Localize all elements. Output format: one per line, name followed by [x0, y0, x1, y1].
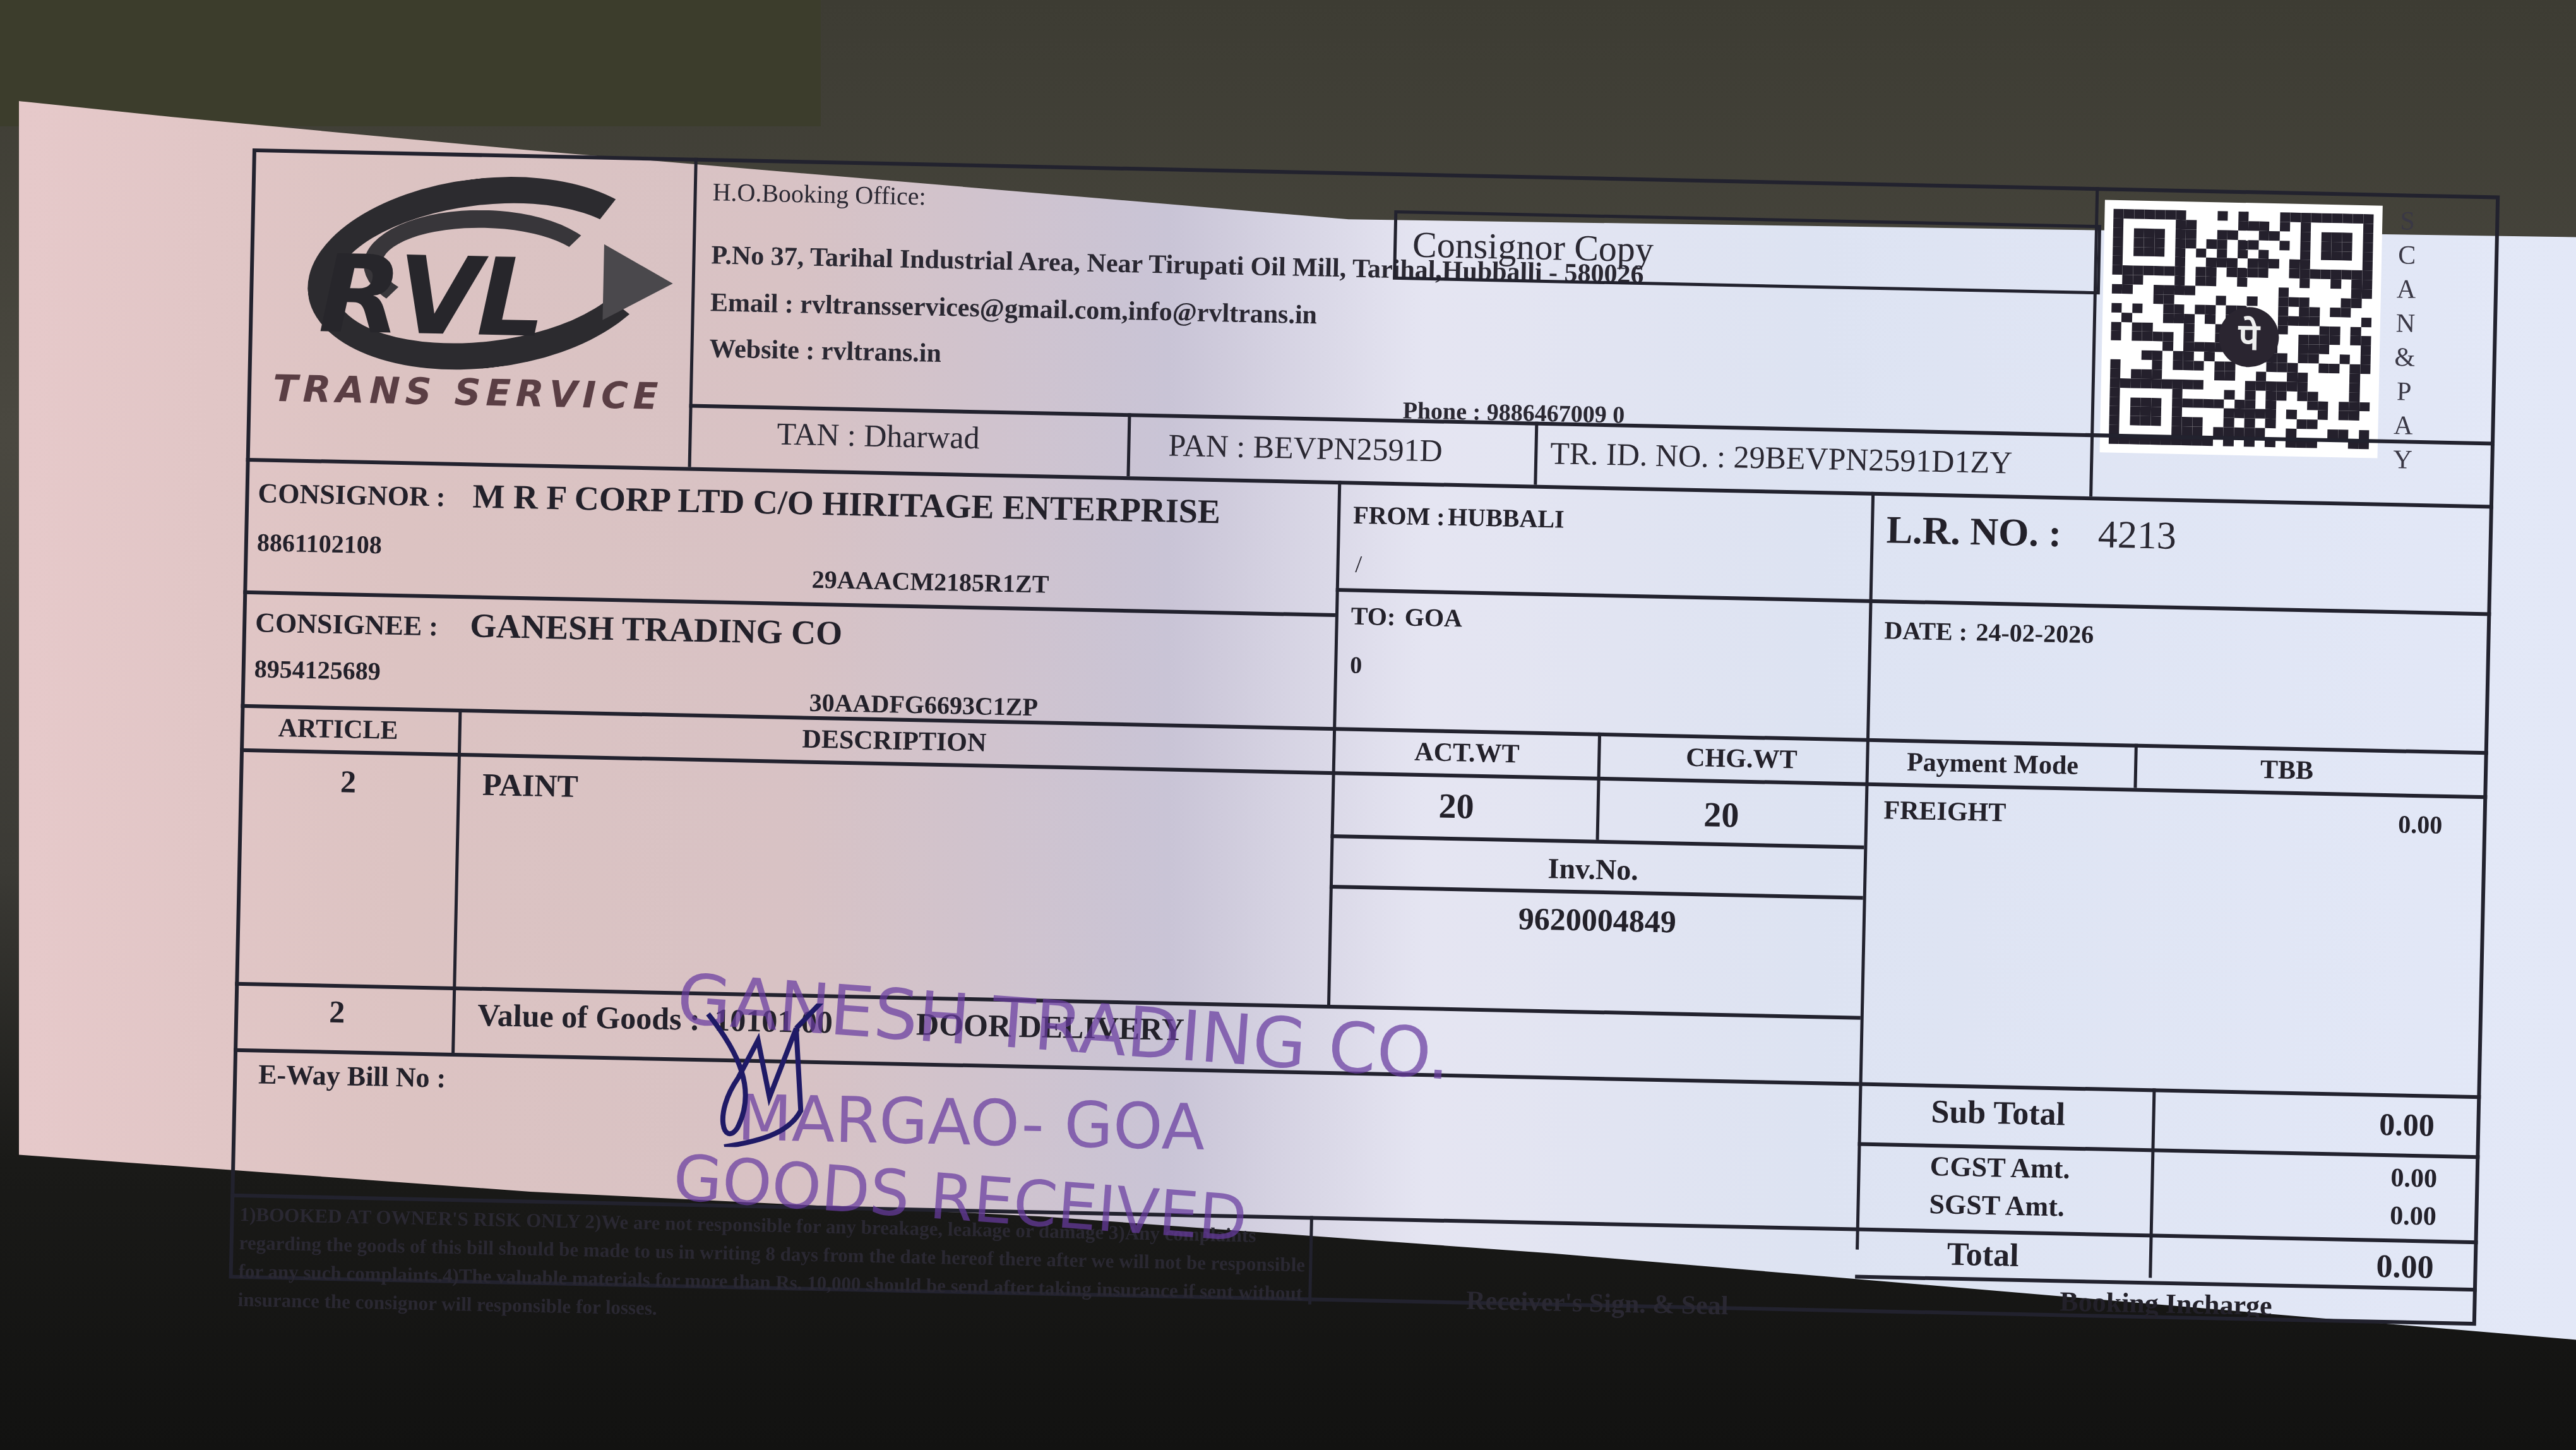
consignee-label: CONSIGNEE : [255, 606, 439, 642]
total-value: 0.00 [2376, 1248, 2434, 1286]
from-extra: / [1355, 551, 1362, 578]
cgst-value: 0.00 [2390, 1163, 2437, 1194]
scan-pay-letter: A [2394, 410, 2413, 441]
sub-total-value: 0.00 [2379, 1106, 2435, 1144]
article-count: 2 [340, 763, 356, 800]
description-header: DESCRIPTION [802, 724, 987, 758]
sub-total-label: Sub Total [1931, 1093, 2066, 1133]
total-label: Total [1947, 1236, 2019, 1274]
scan-pay-letter: P [2396, 376, 2411, 407]
scan-pay-letter: Y [2393, 445, 2412, 476]
from-value: HUBBALI [1448, 502, 1565, 534]
to-label: TO: [1351, 601, 1395, 632]
act-wt-header: ACT.WT [1414, 737, 1520, 769]
sgst-value: 0.00 [2390, 1201, 2436, 1232]
invoice-label: Inv.No. [1547, 851, 1638, 887]
booking-incharge-label: Booking Incharge [2060, 1285, 2272, 1322]
copy-label: Consignor Copy [1412, 224, 1654, 271]
pan-field: PAN : BEVPN2591D [1168, 426, 1443, 469]
logo-mark: RVL [318, 232, 543, 361]
scan-pay-letter: C [2398, 240, 2416, 271]
background [0, 0, 821, 126]
office-label: H.O.Booking Office: [712, 177, 926, 211]
consignee-name: GANESH TRADING CO [470, 606, 843, 652]
lorry-receipt: RVL TRANS SERVICE H.O.Booking Office: P.… [229, 148, 2500, 1351]
scan-pay-letter: A [2396, 274, 2416, 305]
cgst-label: CGST Amt. [1929, 1150, 2070, 1185]
freight-value: 0.00 [2398, 809, 2443, 839]
to-value: GOA [1404, 602, 1462, 633]
chg-wt-header: CHG.WT [1686, 743, 1798, 776]
freight-label: FREIGHT [1883, 795, 2007, 828]
payment-mode-value: TBB [2260, 755, 2314, 786]
invoice-number: 9620004849 [1518, 900, 1676, 940]
date-value: 24-02-2026 [1976, 617, 2094, 649]
value-of-goods-label: Value of Goods : [477, 997, 701, 1038]
total-articles: 2 [329, 993, 345, 1031]
signature-icon [699, 1001, 967, 1152]
scan-and-pay-text: SCAN&PAY [2387, 206, 2424, 476]
lr-label: L.R. NO. : [1886, 508, 2062, 556]
upi-qr-code[interactable]: पे [2100, 200, 2383, 458]
lr-number: 4213 [2097, 512, 2176, 559]
eway-bill-label: E-Way Bill No : [258, 1058, 446, 1094]
scan-pay-letter: S [2400, 206, 2415, 236]
article-header: ARTICLE [278, 713, 398, 746]
company-logo: RVL TRANS SERVICE [273, 168, 681, 397]
consignor-label: CONSIGNOR : [258, 477, 446, 513]
consignor-gstin: 29AAACM2185R1ZT [811, 565, 1049, 599]
sgst-label: SGST Amt. [1929, 1188, 2065, 1223]
logo-subtitle: TRANS SERVICE [272, 367, 664, 418]
act-wt-value: 20 [1438, 786, 1474, 827]
consignor-phone: 8861102108 [256, 527, 382, 560]
receiver-sign-label: Receiver's Sign. & Seal [1466, 1286, 1729, 1322]
to-extra: 0 [1350, 652, 1363, 680]
date-label: DATE : [1884, 615, 1967, 647]
company-website: Website : rvltrans.in [709, 333, 941, 369]
scan-pay-letter: N [2395, 308, 2415, 339]
scan-pay-letter: & [2394, 342, 2416, 373]
tan-field: TAN : Dharwad [777, 416, 980, 457]
consignee-phone: 8954125689 [254, 654, 381, 686]
goods-description: PAINT [482, 766, 578, 805]
logo-arrow-icon [602, 244, 673, 321]
payment-mode-label: Payment Mode [1907, 747, 2079, 781]
from-label: FROM : [1353, 500, 1445, 532]
chg-wt-value: 20 [1703, 794, 1739, 836]
